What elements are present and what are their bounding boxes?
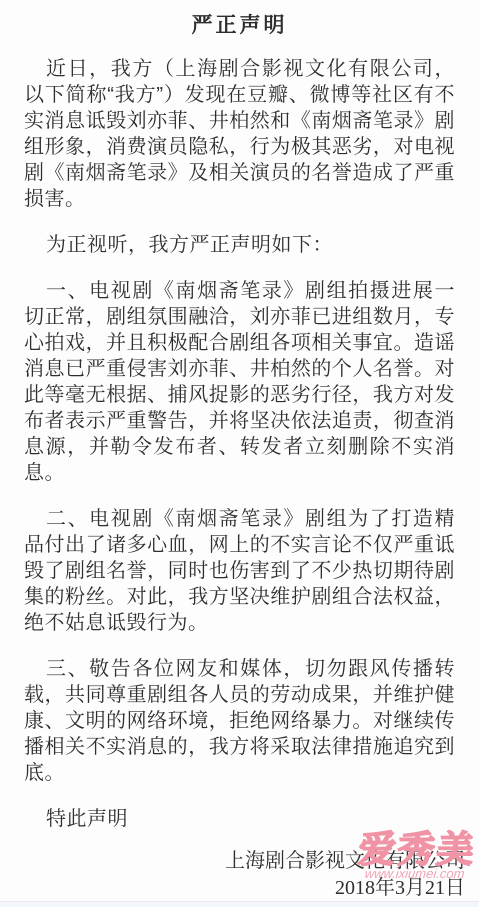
statement-paragraph-item2: 二、电视剧《南烟斋笔录》剧组为了打造精品付出了诸多心血，网上的不实言论不仅严重诋…	[24, 506, 455, 636]
bottom-edge-strip	[0, 901, 479, 907]
closing-line: 特此声明	[24, 806, 455, 832]
statement-paragraph-item3: 三、敬告各位网友和媒体，切勿跟风传播转载，共同尊重剧组各人员的劳动成果，并维护健…	[24, 656, 455, 786]
document-title: 严正声明	[24, 13, 455, 39]
statement-paragraph-intro: 近日，我方（上海剧合影视文化有限公司，以下简称“我方”）发现在豆瓣、微博等社区有…	[24, 56, 455, 212]
signature-date: 2018年3月21日	[24, 875, 465, 902]
statement-document: 严正声明 近日，我方（上海剧合影视文化有限公司，以下简称“我方”）发现在豆瓣、微…	[0, 0, 479, 902]
statement-paragraph-lead: 为正视听，我方严正声明如下：	[24, 232, 455, 258]
statement-paragraph-item1: 一、电视剧《南烟斋笔录》剧组拍摄进展一切正常，剧组氛围融洽，刘亦菲已进组数月，专…	[24, 278, 455, 486]
signature-block: 上海剧合影视文化有限公司 2018年3月21日	[24, 848, 465, 902]
signature-company: 上海剧合影视文化有限公司	[24, 848, 465, 875]
